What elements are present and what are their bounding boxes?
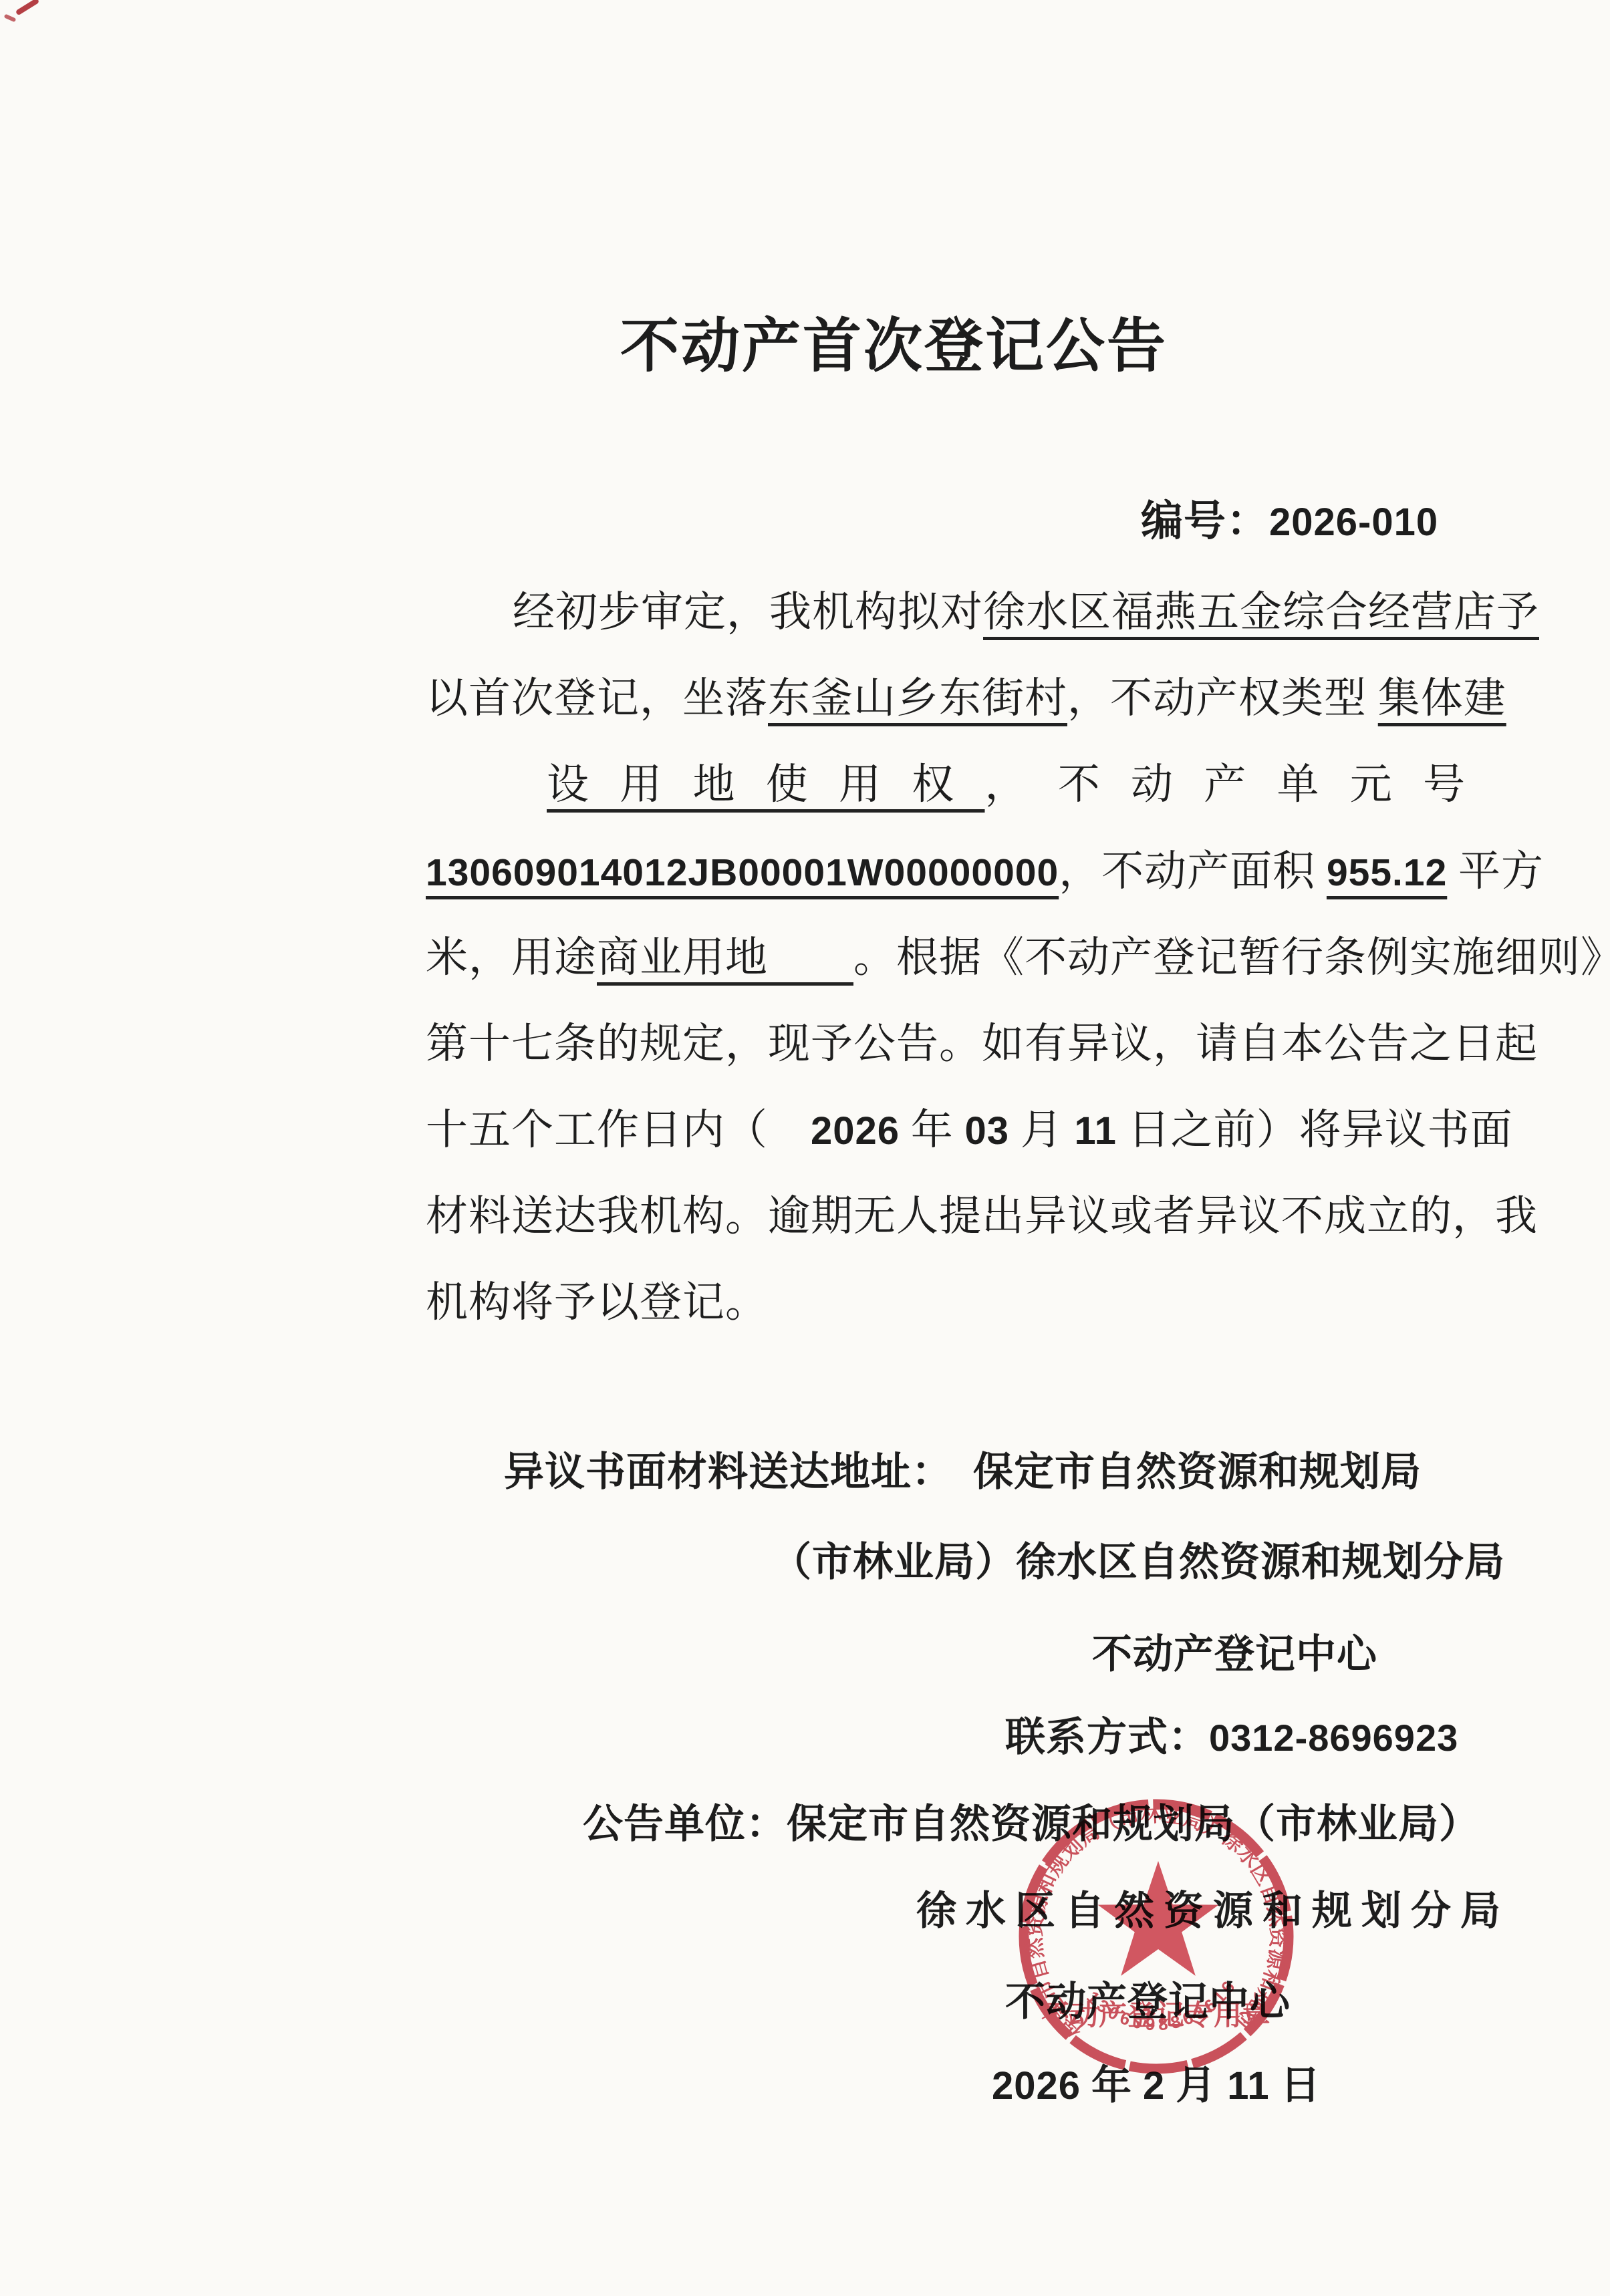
phone-number: 0312-8696923 — [1209, 1717, 1458, 1759]
scan-artifact — [4, 14, 17, 23]
official-stamp: 保定市自然资源和规划局（市林业局）徐水区自然资源和规划分局 不动产登记专用章 1… — [996, 1776, 1317, 2097]
document-page: 不动产首次登记公告 编号：2026-010 经初步审定，我机构拟对徐水区福燕五金… — [0, 0, 1610, 2296]
body-line-9: 机构将予以登记。 — [381, 1230, 768, 1375]
doc-number-value: 2026-010 — [1269, 500, 1438, 544]
objection-address-value: （市林业局）徐水区自然资源和规划分局 — [771, 1540, 1505, 1584]
objection-address-value: 保定市自然资源和规划局 — [973, 1450, 1422, 1494]
objection-address-label: 异议书面材料送达地址： — [504, 1450, 932, 1494]
issuer-label: 公告单位： — [583, 1802, 787, 1846]
phone-label: 联系方式： — [1005, 1715, 1209, 1759]
doc-number-label: 编号： — [1141, 498, 1269, 545]
body-text: 机构将予以登记。 — [426, 1279, 768, 1326]
spacer — [932, 1450, 973, 1494]
page-title: 不动产首次登记公告 — [620, 299, 1168, 384]
scan-artifact — [15, 0, 39, 15]
stamp-star-icon — [1098, 1861, 1219, 1976]
